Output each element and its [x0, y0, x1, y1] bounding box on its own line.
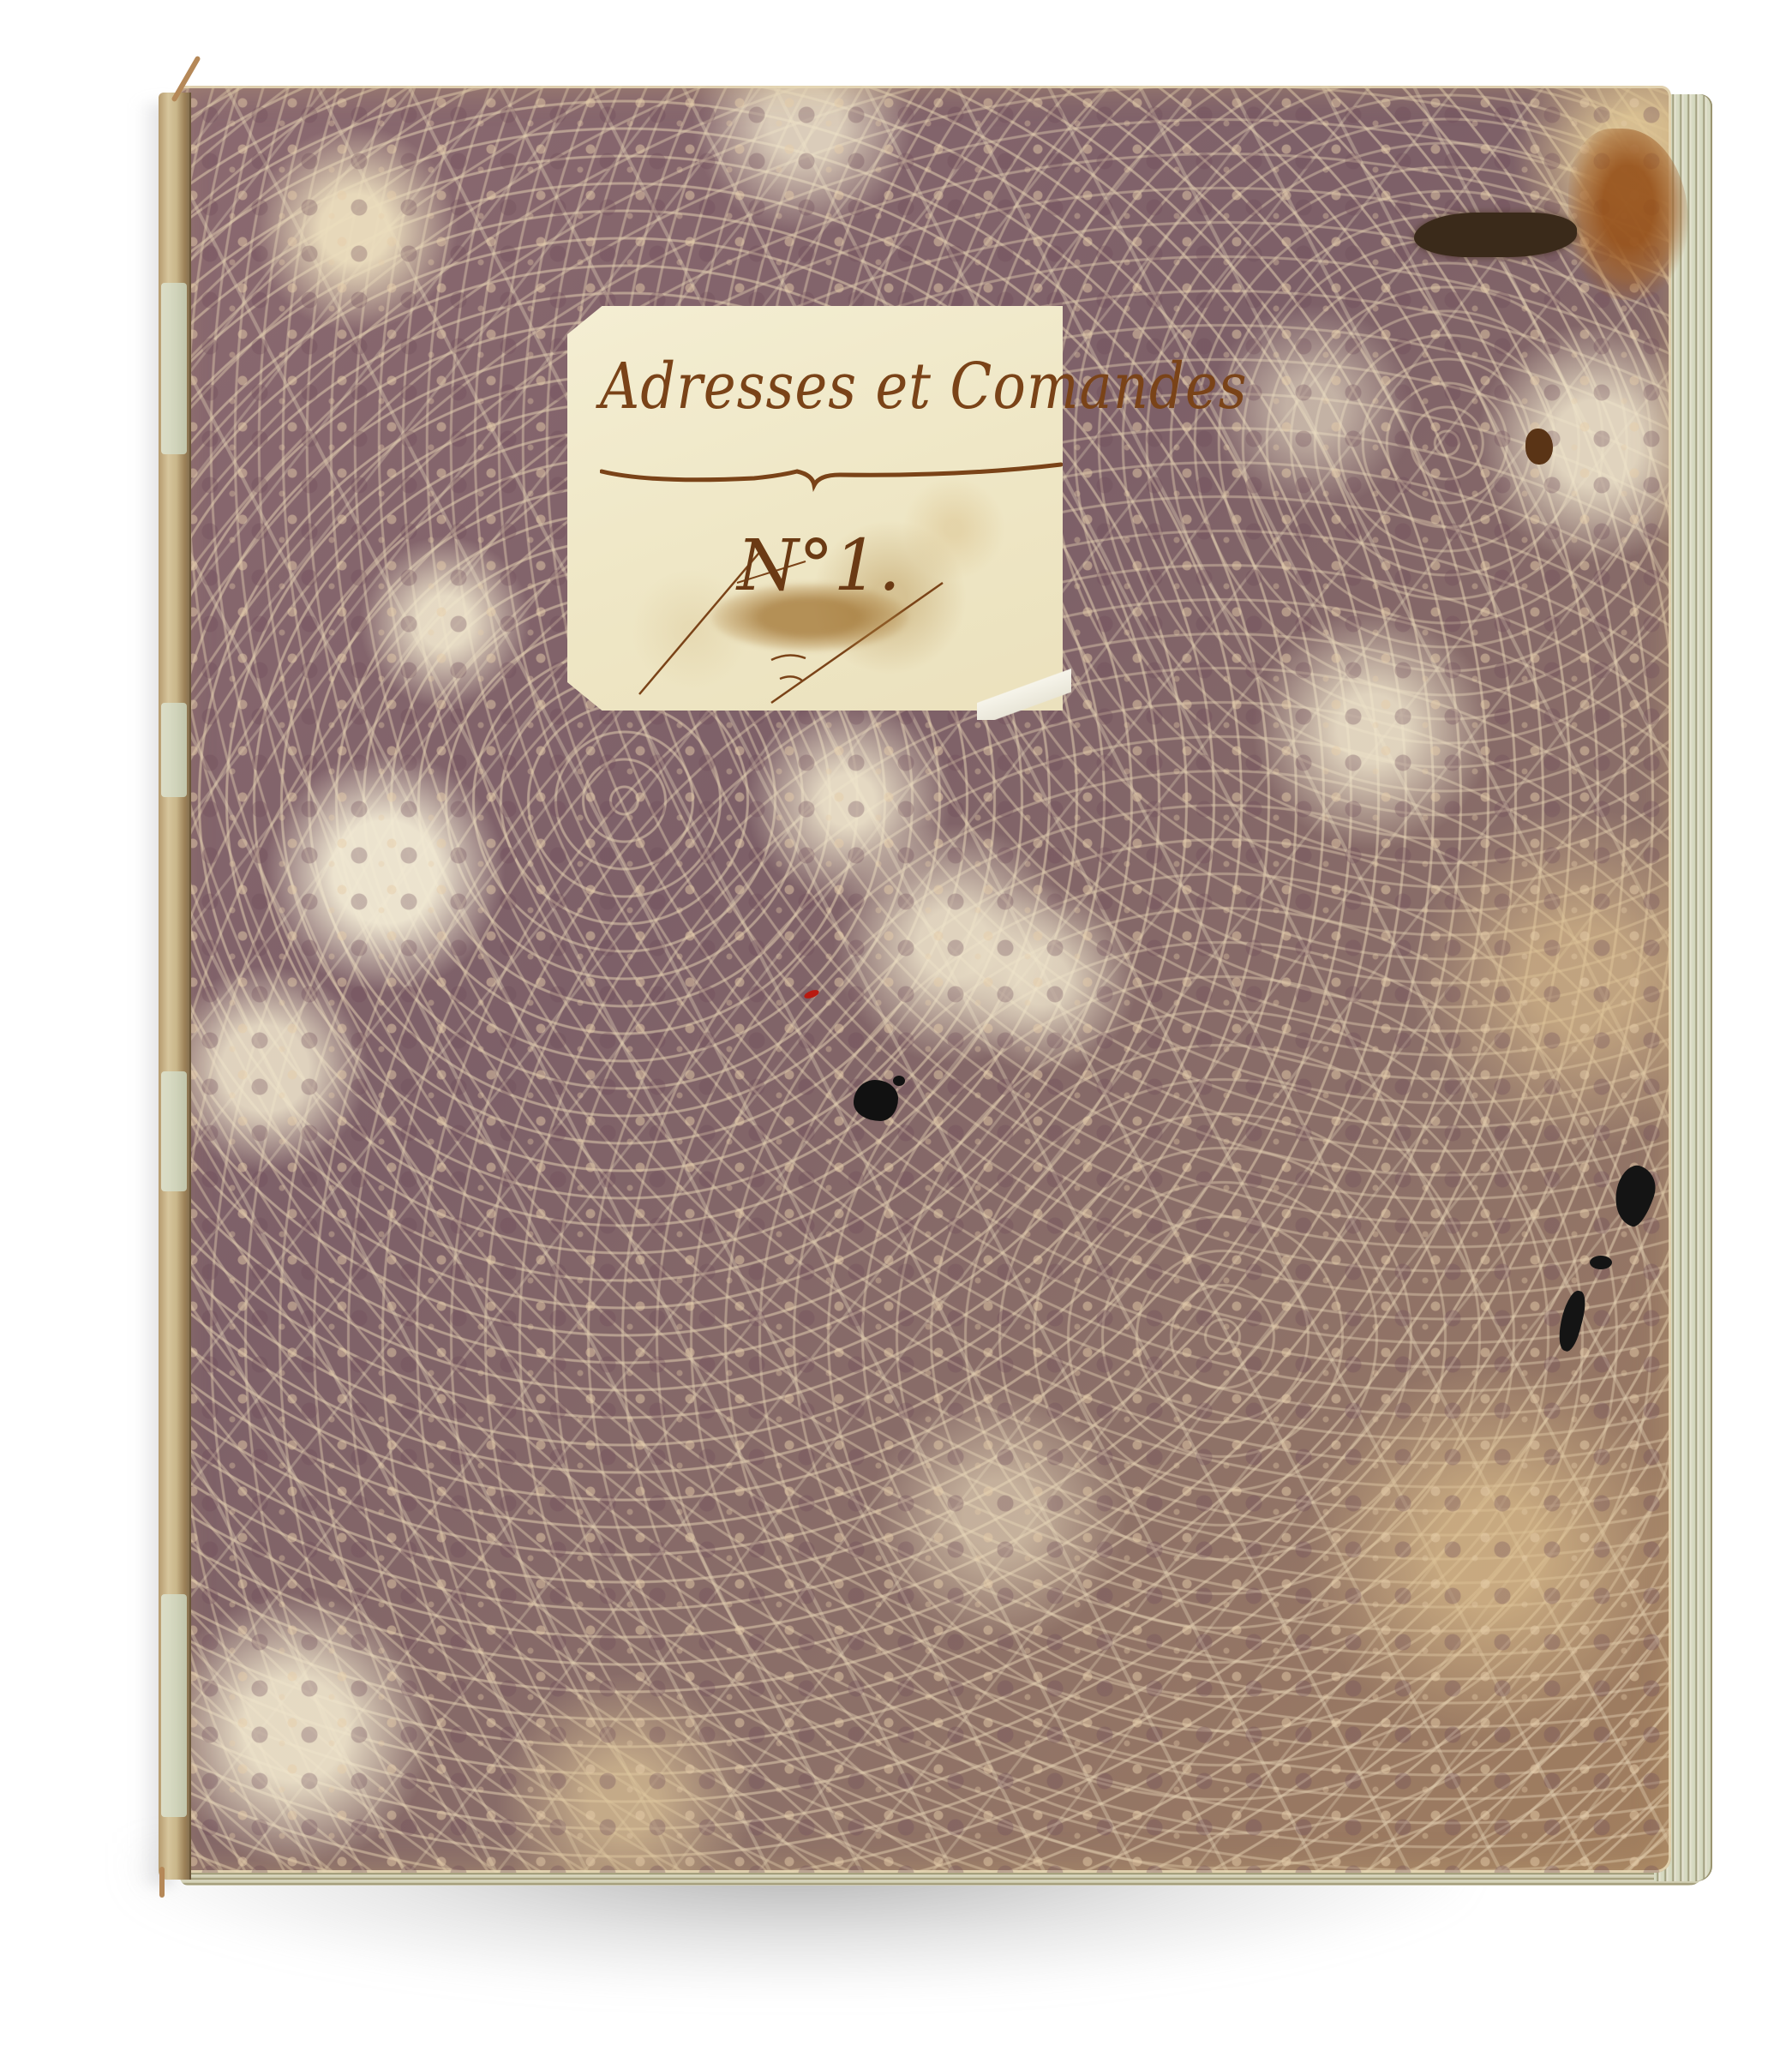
label-title: Adresses et Comandes [600, 356, 1054, 419]
dark-stain-streak [1414, 213, 1577, 257]
ink-blot [854, 1080, 898, 1121]
spine-paper-patch [161, 703, 187, 797]
spine-paper-patch [161, 1071, 187, 1191]
photo-scene: Adresses et Comandes N°1. [0, 0, 1792, 2057]
ink-blot [893, 1076, 905, 1086]
spine-paper-patch [161, 1594, 187, 1817]
ink-spot [1590, 1256, 1612, 1269]
small-brown-stain [1525, 429, 1553, 465]
label-torn-corner [977, 660, 1071, 720]
spine-paper-patch [161, 283, 187, 454]
binding-thread-bottom [159, 1867, 165, 1898]
label-number: N°1. [737, 531, 901, 602]
